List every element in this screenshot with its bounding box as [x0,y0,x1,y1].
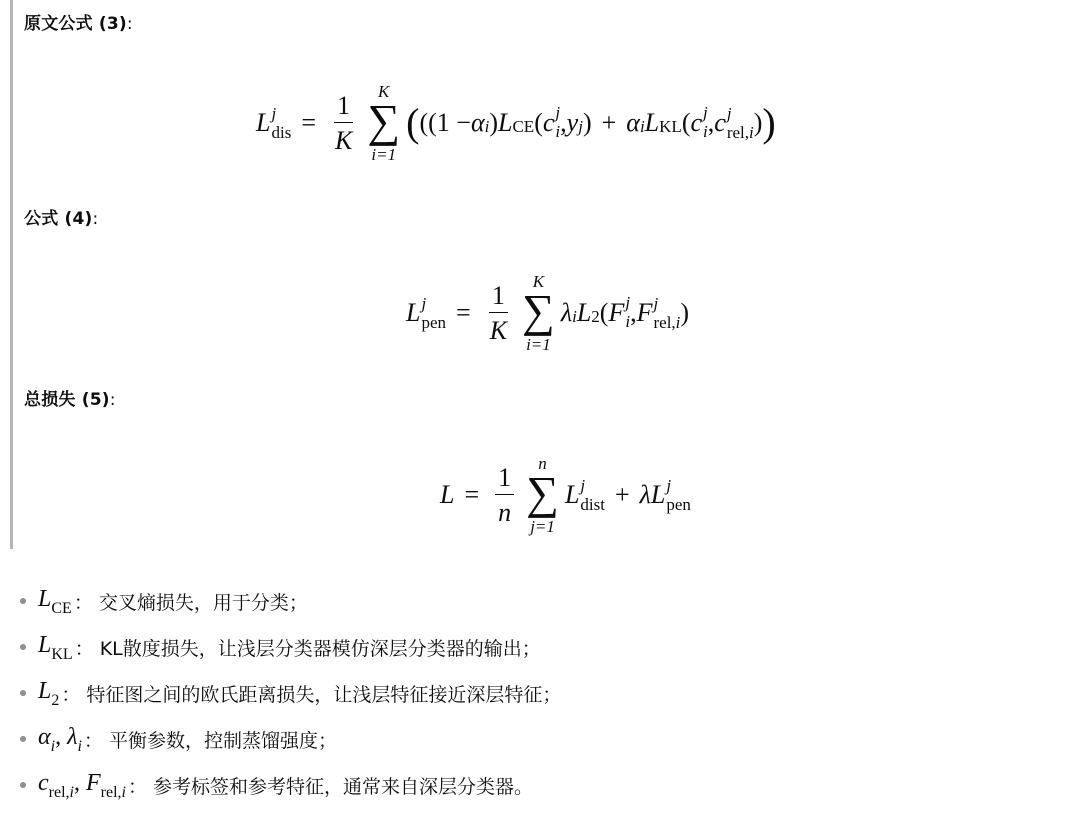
separator: , [74,770,86,796]
heading-text: 总损失 (5) [24,390,110,410]
bullet-icon [20,690,26,696]
superscript: j [653,295,680,312]
sigma-icon: ∑ [522,290,555,331]
symbol: L [38,678,51,704]
subscript: 2 [591,307,600,327]
colon: ： [74,588,93,615]
math-symbol: L [565,480,579,510]
math-symbol: c [690,108,702,138]
math-symbol: c [714,108,726,138]
numerator: 1 [334,92,353,123]
list-item: LKL：KL散度损失，让浅层分类器模仿深层分类器的输出； [16,624,561,670]
heading-formula-4: 公式 (4): [24,204,98,229]
math-text: ) [489,108,498,138]
subscript: KL [659,117,682,137]
sum-lower: i=1 [371,146,396,163]
math-symbol: L [440,480,454,510]
symbol-definitions-list: LCE：交叉熵损失，用于分类； LKL：KL散度损失，让浅层分类器模仿深层分类器… [16,578,561,808]
equals-sign: = [464,480,479,510]
summation: K∑i=1 [367,83,400,162]
subscript: dis [271,124,291,141]
formula-4: Ljpen = 1K K∑i=1 λi L2 (Fji, Fjrel,i) [406,258,689,368]
subscript: j [578,117,583,137]
bullet-icon [20,644,26,650]
math-symbol: L [651,480,665,510]
subscript: rel, [727,123,749,142]
math-symbol: L [406,298,420,328]
superscript: j [666,477,691,494]
sup-sub: jpen [666,477,691,513]
subscript: rel, [653,313,675,332]
math-symbol: L [577,298,591,328]
big-paren-left: ( [406,103,419,143]
big-paren-right: ) [762,103,775,143]
math-symbol: αi, λi [38,724,82,755]
list-item-text: KL散度损失，让浅层分类器模仿深层分类器的输出； [100,634,541,661]
fraction: 1K [332,92,355,155]
math-symbol: F [608,298,624,328]
math-symbol: α [471,108,485,138]
sum-lower: j=1 [530,518,555,535]
symbol: L [38,632,51,658]
math-text: ) [680,298,689,328]
separator: , [55,724,67,750]
math-text: ) [583,108,592,138]
heading-colon: : [93,209,99,229]
bullet-icon [20,598,26,604]
colon: ： [84,726,103,753]
subscript: 2 [51,692,59,709]
math-symbol: F [637,298,653,328]
plus-sign: + [615,480,630,510]
list-item-text: 特征图之间的欧氏距离损失，让浅层特征接近深层特征； [86,680,561,707]
subscript-text: rel, [101,784,122,801]
equals-sign: = [456,298,471,328]
subscript-index: i [70,784,74,801]
sup-sub: jrel,i [727,105,754,141]
math-symbol: L [498,108,512,138]
subscript: i [572,307,577,327]
sigma-icon: ∑ [526,472,559,513]
symbol: c [38,770,49,796]
superscript: j [727,105,754,122]
subscript-index: i [122,784,126,801]
math-symbol: c [543,108,555,138]
subscript: rel,i [101,784,126,801]
heading-formula-5: 总损失 (5): [24,385,116,410]
subscript: i [51,738,55,755]
formula-3: Ljdis = 1K K∑i=1 ( ((1 − αi) LCE (cji, y… [256,68,776,178]
sigma-icon: ∑ [367,100,400,141]
symbol: α [38,724,51,750]
symbol: L [38,586,51,612]
symbol: λ [67,724,77,750]
heading-colon: : [110,390,116,410]
formula-5: L = 1n n∑j=1 Ljdist + λLjpen [440,440,691,550]
heading-colon: : [127,14,133,34]
equals-sign: = [301,108,316,138]
math-text: ((1 − [419,108,470,138]
subscript: dist [580,496,605,513]
list-item-text: 参考标签和参考特征，通常来自深层分类器。 [153,772,533,799]
denominator: n [495,495,514,526]
math-symbol: LKL [38,632,73,663]
sup-sub: jpen [421,295,446,331]
subscript: KL [51,646,72,663]
list-item: crel,i, Frel,i：参考标签和参考特征，通常来自深层分类器。 [16,762,561,808]
subscript: rel,i [49,784,74,801]
fraction: 1K [487,282,510,345]
subscript: pen [421,314,446,331]
plus-sign: + [602,108,617,138]
math-symbol: λ [561,298,572,328]
superscript: j [421,295,446,312]
math-symbol: L [256,108,270,138]
math-text: ( [534,108,543,138]
heading-text: 原文公式 (3) [24,14,127,34]
bullet-icon [20,782,26,788]
math-symbol: LCE [38,586,72,617]
math-symbol: λ [640,480,651,510]
subscript: i [77,738,81,755]
math-symbol: L2 [38,678,59,709]
subscript: i [640,117,645,137]
sup-sub: jdis [271,105,291,141]
list-item: αi, λi：平衡参数，控制蒸馏强度； [16,716,561,762]
list-item-text: 平衡参数，控制蒸馏强度； [109,726,337,753]
denominator: K [487,313,510,344]
math-symbol: L [645,108,659,138]
sup-sub: jrel,i [653,295,680,331]
fraction: 1n [495,464,514,527]
subscript: i [485,117,490,137]
colon: ： [61,680,80,707]
summation: K∑i=1 [522,273,555,352]
superscript: j [580,477,605,494]
math-text: ( [682,108,691,138]
math-symbol: y [567,108,579,138]
subscript-text: rel, [49,784,70,801]
numerator: 1 [495,464,514,495]
math-symbol: crel,i, Frel,i [38,770,126,801]
colon: ： [128,772,147,799]
denominator: K [332,123,355,154]
math-symbol: α [626,108,640,138]
bullet-icon [20,736,26,742]
subscript: CE [512,117,534,137]
symbol: F [86,770,101,796]
sup-sub: jdist [580,477,605,513]
numerator: 1 [489,282,508,313]
list-item: LCE：交叉熵损失，用于分类； [16,578,561,624]
list-item-text: 交叉熵损失，用于分类； [99,588,308,615]
heading-text: 公式 (4) [24,209,93,229]
heading-formula-3: 原文公式 (3): [24,9,133,34]
summation: n∑j=1 [526,455,559,534]
subscript: CE [51,600,71,617]
colon: ： [75,634,94,661]
sum-lower: i=1 [526,336,551,353]
math-text: ) [754,108,763,138]
superscript: j [271,105,291,122]
list-item: L2：特征图之间的欧氏距离损失，让浅层特征接近深层特征； [16,670,561,716]
subscript: pen [666,496,691,513]
